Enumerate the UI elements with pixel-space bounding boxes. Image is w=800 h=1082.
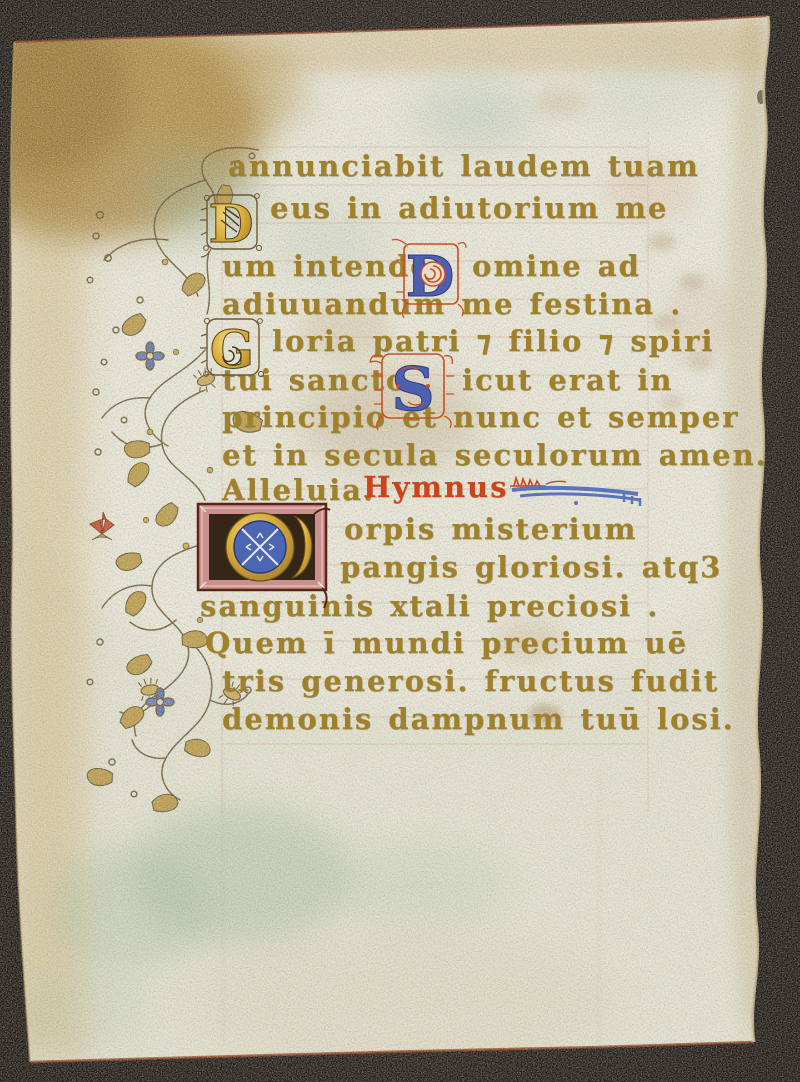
text-line: demonis dampnum tuū losi. (222, 703, 735, 735)
initial-letter: D (208, 194, 253, 255)
initial-letter: S (391, 355, 434, 425)
illuminated-initial-domine: D (394, 236, 466, 312)
rubric-hymnus: Hymnus (363, 471, 508, 503)
text-line: Quem ī mundi precium uē (205, 627, 688, 659)
illuminated-initial-corpus (196, 502, 336, 594)
text-line: tris generosi. fructus fudit (222, 665, 719, 697)
text-line: icut erat in (462, 364, 673, 396)
illuminated-initial-gloria: G (197, 314, 267, 382)
text-line: et in secula seculorum amen. (222, 439, 768, 471)
manuscript-photo: annunciabit laudem tuam eus in adiutoriu… (0, 0, 800, 1082)
text-line: sanguinis xtali preciosi . (200, 590, 659, 622)
illuminated-initial-deus: D (197, 190, 265, 256)
line-filler-flourish (506, 470, 648, 508)
text-line: orpis misterium (344, 513, 637, 545)
text-line: loria patri ⁊ filio ⁊ spiri (272, 325, 714, 357)
illuminated-initial-sicut: S (368, 346, 456, 428)
initial-letter: G (210, 320, 254, 381)
text-line: eus in adiutorium me (270, 192, 668, 224)
text-line: omine ad (472, 250, 641, 282)
text-line: pangis gloriosi. atq3 (340, 551, 722, 583)
text-line: annunciabit laudem tuam (228, 150, 700, 182)
text-line: principio et nunc et semper (222, 401, 739, 433)
